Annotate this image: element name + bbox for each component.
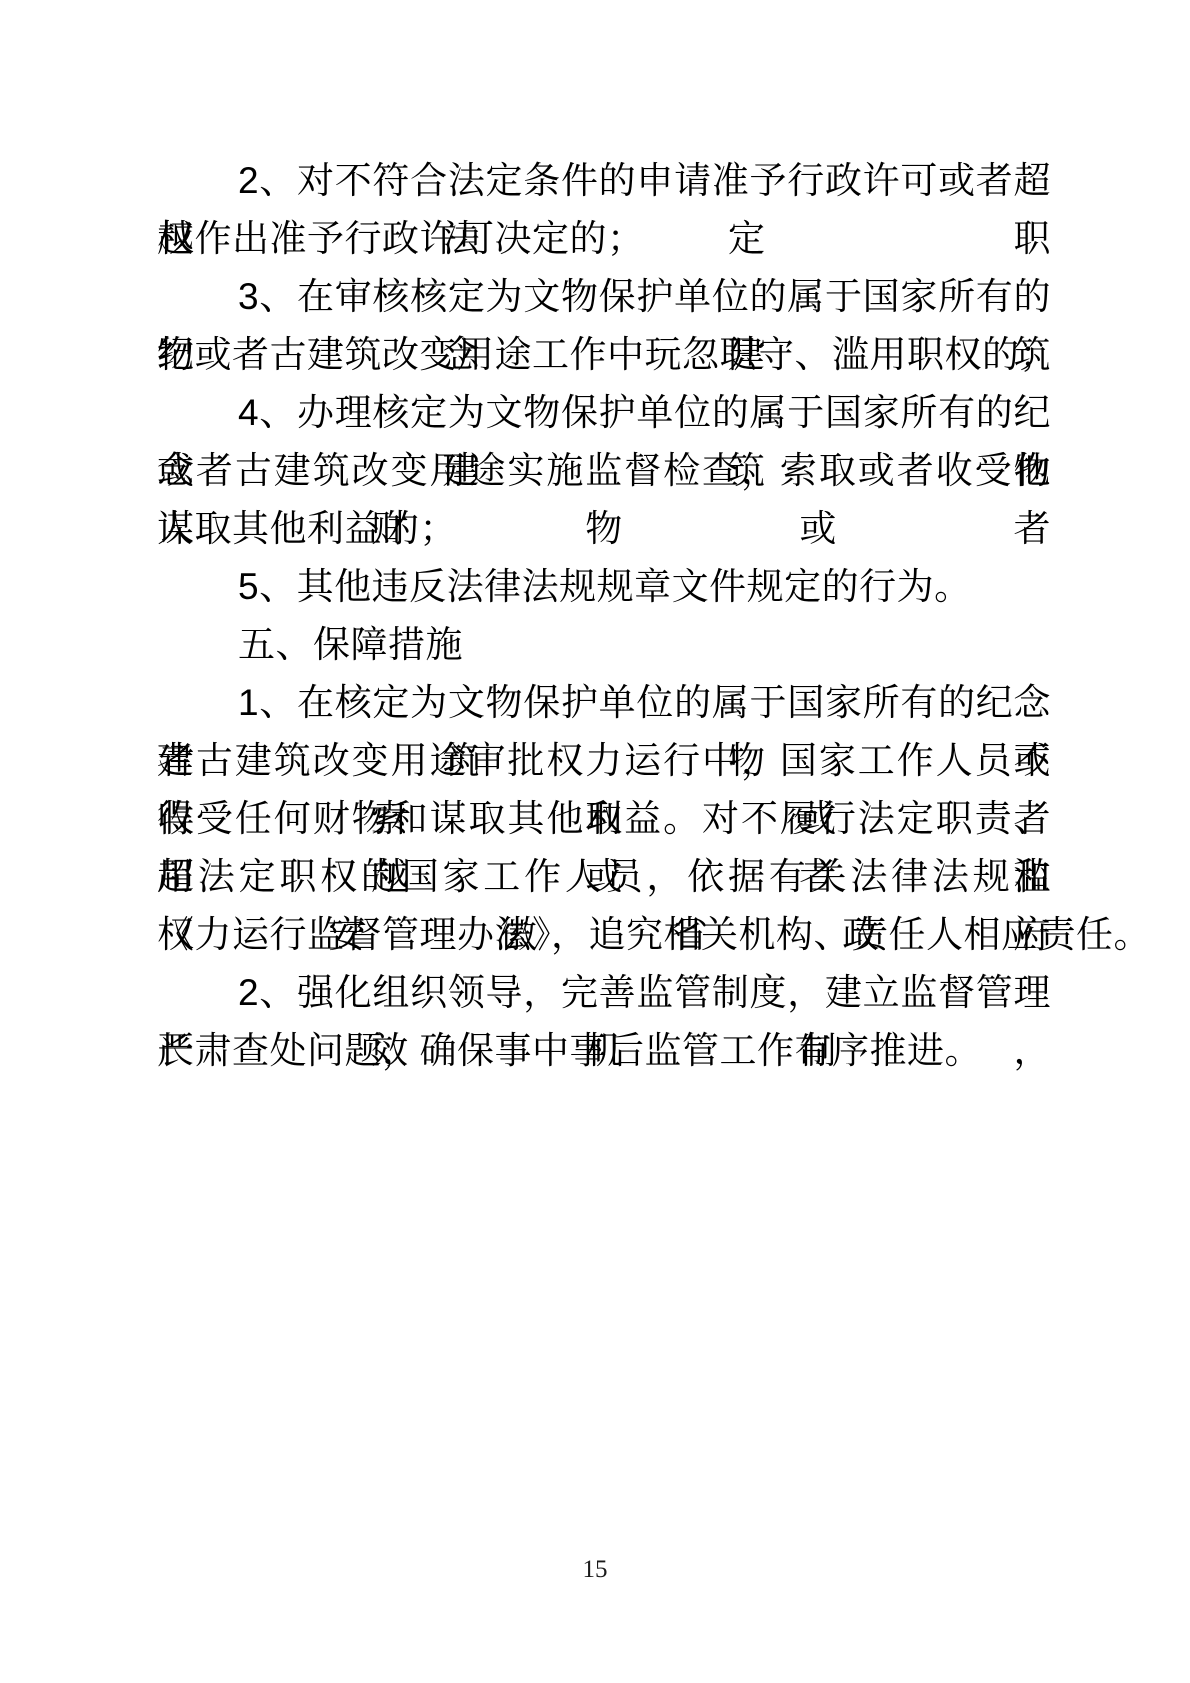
text-line: 五、保障措施 xyxy=(157,616,1051,674)
page-number: 15 xyxy=(583,1556,608,1583)
text-line: 2、强化组织领导，完善监管制度，建立监督管理长效机制， xyxy=(157,964,1051,1022)
text-line: 1、在核定为文物保护单位的属于国家所有的纪念建筑物或 xyxy=(157,674,1051,732)
text-line: 用法定职权的国家工作人员，依据有关法律法规和《安徽省政府 xyxy=(157,848,1051,906)
document-body: 2、对不符合法定条件的申请准予行政许可或者超越法定职权作出准予行政许可决定的；3… xyxy=(157,152,1051,1080)
text-line: 或者古建筑改变用途实施监督检查，索取或者收受他人财物或者 xyxy=(157,442,1051,500)
text-line: 者古建筑改变用途审批权力运行中，国家工作人员不得索取或者 xyxy=(157,732,1051,790)
text-line: 4、办理核定为文物保护单位的属于国家所有的纪念建筑物 xyxy=(157,384,1051,442)
text-line: 权力运行监督管理办法》，追究相关机构、责任人相应责任。 xyxy=(157,906,1051,964)
text-line: 严肃查处问题，确保事中事后监管工作有序推进。 xyxy=(157,1022,1051,1080)
text-line: 5、其他违反法律法规规章文件规定的行为。 xyxy=(157,558,1051,616)
page-footer: 15 xyxy=(0,1556,1190,1584)
text-line: 2、对不符合法定条件的申请准予行政许可或者超越法定职 xyxy=(157,152,1051,210)
text-line: 收受任何财物和谋取其他利益。对不履行法定职责、超越或者滥 xyxy=(157,790,1051,848)
text-line: 物或者古建筑改变用途工作中玩忽职守、滥用职权的； xyxy=(157,326,1051,384)
text-line: 3、在审核核定为文物保护单位的属于国家所有的纪念建筑 xyxy=(157,268,1051,326)
document-page: 2、对不符合法定条件的申请准予行政许可或者超越法定职权作出准予行政许可决定的；3… xyxy=(0,0,1190,1683)
